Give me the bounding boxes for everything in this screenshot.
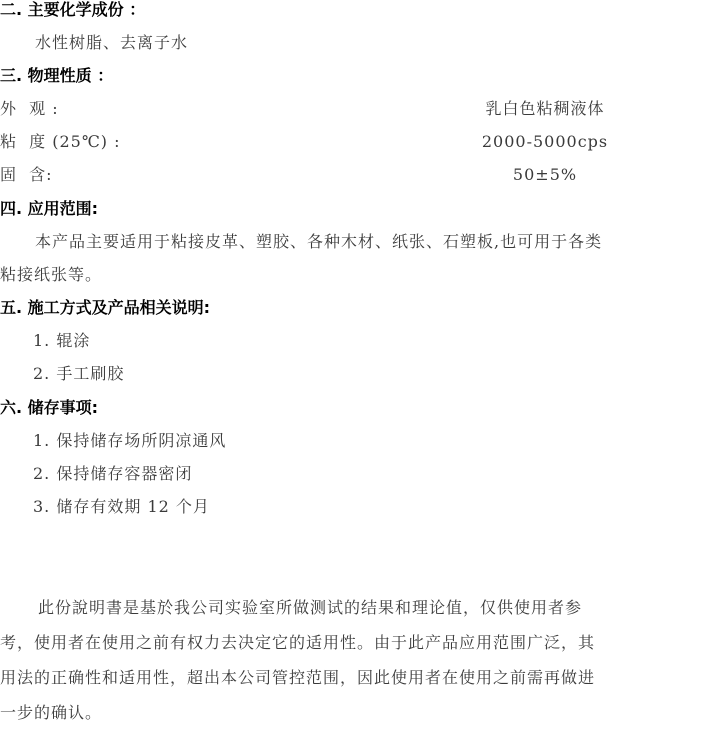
property-value: 2000-5000cps — [480, 132, 610, 152]
disclaimer-line: 用法的正确性和适用性，超出本公司管控范围，因此使用者在使用之前需再做进 — [0, 668, 595, 688]
section-heading: 四. 应用范围: — [0, 199, 98, 219]
disclaimer-line: 一步的确认。 — [0, 703, 102, 723]
property-value: 乳白色粘稠液体 — [480, 99, 610, 119]
application-line: 本产品主要适用于粘接皮革、塑胶、各种木材、纸张、石塑板,也可用于各类 — [35, 232, 602, 252]
section-heading: 三. 物理性质 ： — [0, 66, 113, 86]
application-line: 粘接纸张等。 — [0, 265, 102, 285]
composition-content: 水性树脂、去离子水 — [35, 33, 188, 53]
section-heading: 五. 施工方式及产品相关说明: — [0, 298, 210, 318]
property-value: 50±5% — [480, 165, 610, 185]
list-item: 3. 储存有效期 12 个月 — [33, 497, 210, 517]
section-heading: 二. 主要化学成份 ： — [0, 0, 145, 20]
list-item: 1. 保持储存场所阴凉通风 — [33, 431, 226, 451]
list-item: 2. 保持储存容器密闭 — [33, 464, 192, 484]
property-label: 固 含: — [0, 165, 53, 185]
disclaimer-line: 此份說明書是基於我公司实验室所做测试的结果和理论值，仅供使用者参 — [38, 598, 582, 618]
list-item: 2. 手工刷胶 — [33, 364, 124, 384]
section-heading: 六. 储存事项: — [0, 398, 98, 418]
property-label: 外 观 : — [0, 99, 59, 119]
list-item: 1. 辊涂 — [33, 331, 90, 351]
disclaimer-line: 考，使用者在使用之前有权力去决定它的适用性。由于此产品应用范围广泛，其 — [0, 633, 595, 653]
property-label: 粘 度 (25℃) : — [0, 132, 120, 152]
